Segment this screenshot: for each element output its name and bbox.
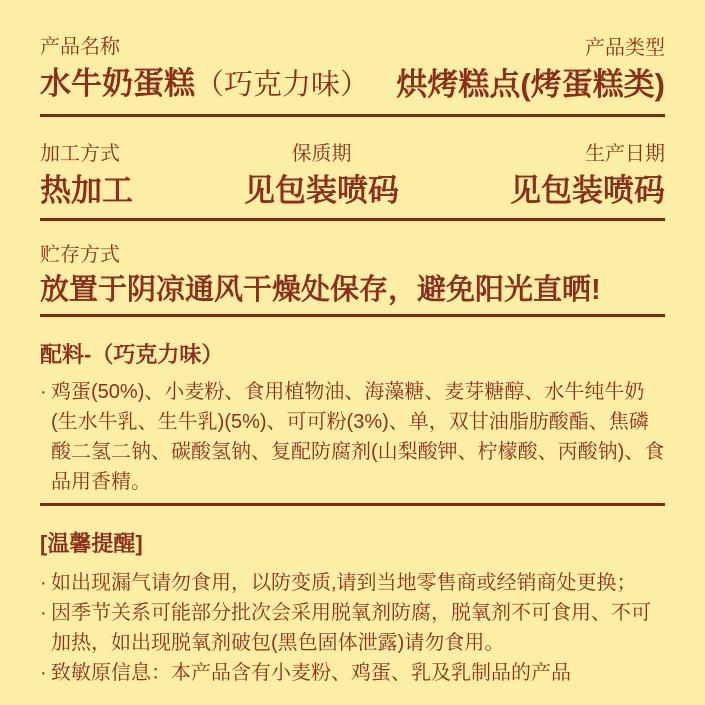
shelf-life-label: 保质期 [244,141,399,167]
notice-section: [温馨提醒] ·如出现漏气请勿食用，以防变质,请到当地零售商或经销商处更换； ·… [40,530,665,688]
ingredients-text: ·鸡蛋(50%)、小麦粉、食用植物油、海藻糖、麦芽糖醇、水牛纯牛奶(生水牛乳、生… [40,377,665,497]
notice-item: ·致敏原信息：本产品含有小麦粉、鸡蛋、乳及乳制品的产品 [40,658,665,688]
product-name-value: 水牛奶蛋糕（巧克力味） [40,64,369,105]
product-header-row: 产品名称 水牛奶蛋糕（巧克力味） 产品类型 烘烤糕点(烤蛋糕类) [40,34,665,105]
notice-item: ·如出现漏气请勿食用，以防变质,请到当地零售商或经销商处更换； [40,568,665,598]
info-row: 加工方式 热加工 保质期 见包装喷码 生产日期 见包装喷码 [40,141,665,211]
bullet-glyph: · [40,658,47,688]
bullet-glyph: · [40,377,47,407]
processing-value: 热加工 [40,171,133,211]
notice-item-text: 因季节关系可能部分批次会采用脱氧剂防腐，脱氧剂不可食用、不可加热，如出现脱氧剂破… [51,602,651,654]
product-info-label: 产品名称 水牛奶蛋糕（巧克力味） 产品类型 烘烤糕点(烤蛋糕类) 加工方式 热加… [0,0,705,705]
notice-item: ·因季节关系可能部分批次会采用脱氧剂防腐，脱氧剂不可食用、不可加热，如出现脱氧剂… [40,598,665,658]
processing-block: 加工方式 热加工 [40,141,133,211]
processing-label: 加工方式 [40,141,133,167]
divider-3 [40,314,665,317]
ingredients-heading: 配料-（巧克力味） [40,341,665,369]
shelf-life-value: 见包装喷码 [244,171,399,211]
divider-4 [40,503,665,506]
bullet-glyph: · [40,598,47,628]
shelf-life-block: 保质期 见包装喷码 [244,141,399,211]
storage-block: 贮存方式 放置于阴凉通风干燥处保存，避免阳光直晒! [40,242,665,308]
product-type-label: 产品类型 [396,35,665,61]
product-type-block: 产品类型 烘烤糕点(烤蛋糕类) [396,35,665,105]
divider-2 [40,218,665,221]
divider-1 [40,114,665,117]
product-name-block: 产品名称 水牛奶蛋糕（巧克力味） [40,34,369,105]
ingredients-list-text: 鸡蛋(50%)、小麦粉、食用植物油、海藻糖、麦芽糖醇、水牛纯牛奶(生水牛乳、生牛… [51,381,664,493]
production-date-value: 见包装喷码 [510,171,665,211]
notice-heading: [温馨提醒] [40,530,665,558]
production-date-block: 生产日期 见包装喷码 [510,141,665,211]
production-date-label: 生产日期 [510,141,665,167]
ingredients-section: 配料-（巧克力味） ·鸡蛋(50%)、小麦粉、食用植物油、海藻糖、麦芽糖醇、水牛… [40,341,665,497]
bullet-glyph: · [40,568,47,598]
notice-item-text: 致敏原信息：本产品含有小麦粉、鸡蛋、乳及乳制品的产品 [51,662,571,684]
product-name-label: 产品名称 [40,34,369,60]
notice-list: ·如出现漏气请勿食用，以防变质,请到当地零售商或经销商处更换； ·因季节关系可能… [40,568,665,688]
product-type-value: 烘烤糕点(烤蛋糕类) [396,65,665,105]
storage-value: 放置于阴凉通风干燥处保存，避免阳光直晒! [40,272,665,308]
storage-label: 贮存方式 [40,242,665,268]
product-name-main: 水牛奶蛋糕 [40,66,195,101]
product-name-flavor: （巧克力味） [195,69,369,101]
notice-item-text: 如出现漏气请勿食用，以防变质,请到当地零售商或经销商处更换； [51,572,637,594]
